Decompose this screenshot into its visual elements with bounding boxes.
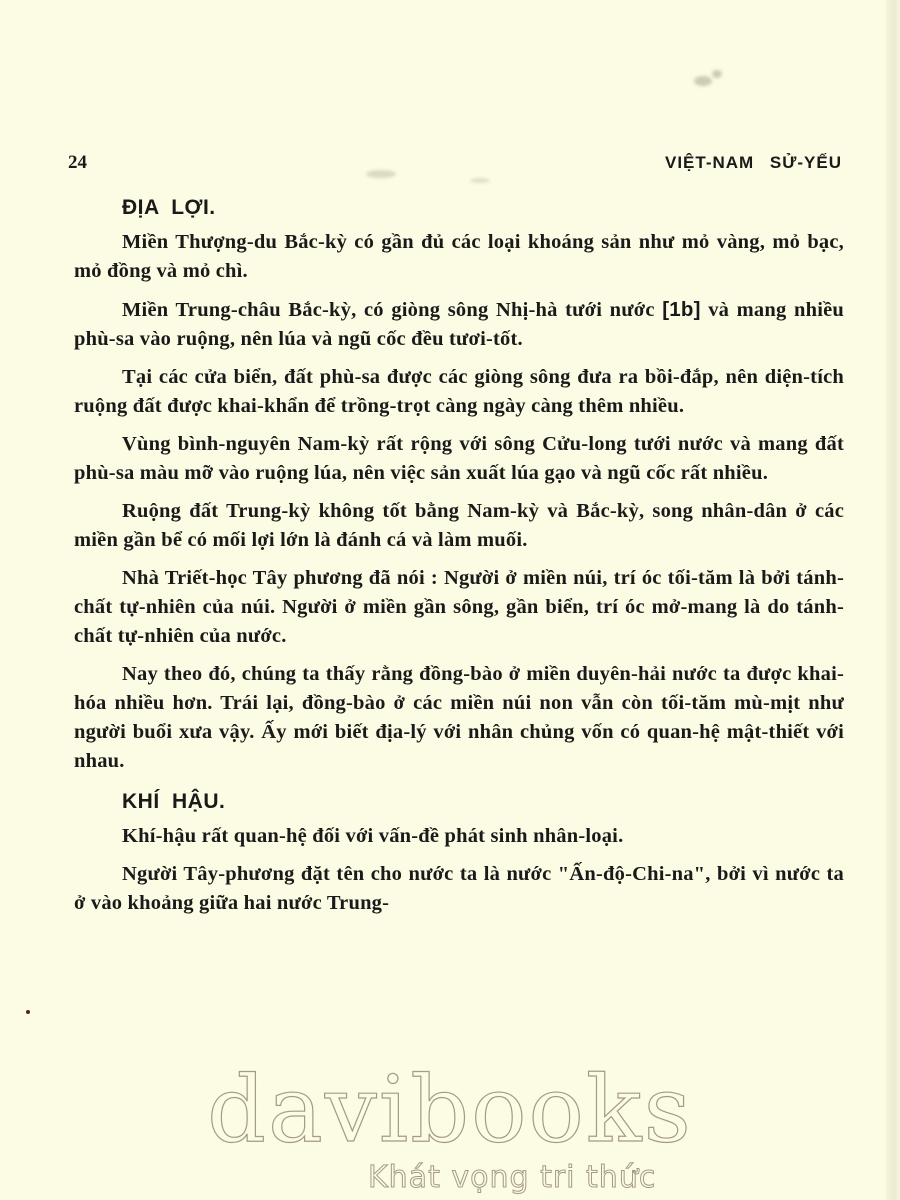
ink-smudge	[712, 70, 722, 78]
paragraph: Nay theo đó, chúng ta thấy rằng đồng-bào…	[74, 660, 844, 776]
paragraph: Miền Thượng-du Bắc-kỳ có gần đủ các loại…	[74, 228, 844, 286]
section-khi-hau: KHÍ HẬU. Khí-hậu rất quan-hệ đối với vấn…	[74, 790, 844, 918]
section-heading: ĐỊA LỢI.	[122, 196, 844, 220]
ink-smudge	[694, 76, 712, 86]
paragraph: Ruộng đất Trung-kỳ không tốt bằng Nam-kỳ…	[74, 497, 844, 555]
section-dia-loi: ĐỊA LỢI. Miền Thượng-du Bắc-kỳ có gần đủ…	[74, 196, 844, 776]
watermark-slogan: Khát vọng tri thức	[368, 1160, 656, 1195]
book-title: VIỆT-NAM SỬ-YẾU	[665, 153, 842, 173]
margin-marker: [1b]	[662, 298, 700, 321]
running-head: 24 VIỆT-NAM SỬ-YẾU	[68, 152, 842, 176]
section-heading: KHÍ HẬU.	[122, 790, 844, 814]
ink-smudge	[470, 178, 490, 183]
paragraph: Người Tây-phương đặt tên cho nước ta là …	[74, 860, 844, 918]
paragraph: Miền Trung-châu Bắc-kỳ, có giòng sông Nh…	[74, 295, 844, 354]
paragraph: Tại các cửa biển, đất phù-sa được các gi…	[74, 363, 844, 421]
paragraph-text: Miền Trung-châu Bắc-kỳ, có giòng sông Nh…	[122, 299, 655, 321]
paragraph: Vùng bình-nguyên Nam-kỳ rất rộng với sôn…	[74, 430, 844, 488]
paragraph: Nhà Triết-học Tây phương đã nói : Người …	[74, 564, 844, 651]
page-edge-shadow	[886, 0, 900, 1200]
page-body: ĐỊA LỢI. Miền Thượng-du Bắc-kỳ có gần đủ…	[74, 196, 844, 927]
page-number: 24	[68, 152, 87, 174]
paragraph: Khí-hậu rất quan-hệ đối với vấn-đề phát …	[74, 822, 844, 851]
watermark: davibooks Khát vọng tri thức	[0, 1062, 900, 1158]
watermark-brand: davibooks	[0, 1062, 900, 1158]
margin-dot	[26, 1010, 30, 1014]
